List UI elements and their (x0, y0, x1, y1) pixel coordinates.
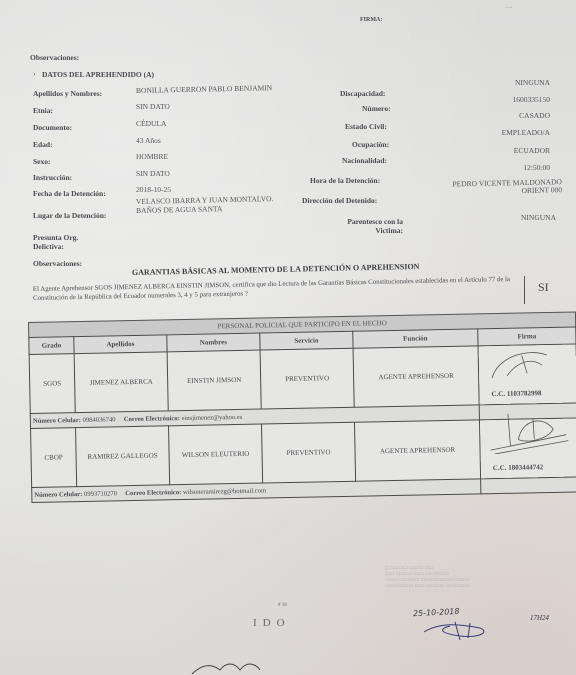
field-value: PEDRO VICENTE MALDONADO ORIENT 000 (427, 178, 562, 197)
firma-cc: C.C. 1103782998 (491, 389, 541, 398)
field-label: Fecha de la Detención: (33, 189, 106, 198)
field-label: Discapacidad: (340, 89, 385, 98)
stamp-time: 17H24 (530, 614, 549, 622)
field-value: 43 Años (136, 136, 161, 145)
field-value: EMPLEADO/A (502, 128, 550, 137)
field-label: Parentesco con la Victima: (328, 217, 403, 235)
section-title: DATOS DEL APREHENDIDO (A) (42, 70, 154, 79)
cell-nombres: EINSTIN JIMSON (167, 350, 261, 411)
table-row: SGOS JIMENEZ ALBERCA EINSTIN JIMSON PREV… (29, 344, 576, 413)
cell-funcion: AGENTE APREHENSOR (353, 346, 479, 407)
top-right-note: ..... (505, 4, 513, 10)
field-label: Nacionalidad: (342, 156, 387, 165)
correo-value: einsjimenez@yahoo.es (181, 413, 242, 421)
presunta-label: Presunta Org. Delictiva: (33, 233, 93, 251)
top-observaciones-label: Observaciones: (30, 53, 79, 62)
field-label: Estado Civil: (345, 122, 387, 131)
bleed-through-text (138, 0, 441, 80)
celular-value: 0993710270 (84, 490, 117, 498)
field-label: Sexo: (33, 157, 51, 166)
field-value: CÉDULA (136, 119, 166, 128)
signature-icon (487, 347, 558, 384)
firma-label: FIRMA: (360, 17, 382, 23)
field-value: VELASCO IBARRA Y JUAN MONTALVO. BAÑOS DE… (136, 194, 296, 215)
garantias-text: El Agente Aprehensor SGOS JIMENEZ ALBERC… (33, 275, 523, 303)
field-label: Hora de la Detención: (310, 176, 380, 185)
personal-table: PERSONAL POLICIAL QUE PARTICIPO EN EL HE… (28, 311, 576, 502)
column-header: Apellidos (74, 335, 167, 354)
cell-firma: C.C. 1803444742 (479, 418, 576, 479)
field-label: Dirección del Detenido: (302, 196, 377, 205)
garantias-answer: SI (538, 280, 549, 295)
stamp-signature-icon (420, 620, 500, 642)
field-value: ECUADOR (514, 146, 550, 155)
field-value: SIN DATO (136, 102, 170, 111)
field-label: Lugar de la Detención: (33, 211, 106, 220)
garantias-title: GARANTIAS BÁSICAS AL MOMENTO DE LA DETEN… (132, 262, 420, 277)
field-label: Instrucción: (33, 173, 72, 182)
field-label: Apellidos y Nombres: (33, 89, 102, 98)
cell-apellidos: RAMIREZ GALLEGOS (76, 426, 170, 487)
table-row: CBOP RAMIREZ GALLEGOS WILSON ELEUTERIO P… (31, 418, 576, 487)
cell-apellidos: JIMENEZ ALBERCA (74, 352, 168, 413)
field-label: Edad: (33, 140, 53, 149)
field-value: 2018-10-25 (136, 185, 171, 194)
bullet-icon: › (33, 70, 35, 78)
divider (524, 276, 525, 304)
field-value: NINGUNA (521, 213, 556, 222)
field-value: 12:50:00 (523, 163, 550, 172)
correo-value: wilsoneramirezg@hotmail.com (183, 487, 266, 496)
correo-label: Correo Electrónico: (124, 415, 180, 423)
cell-servicio: PREVENTIVO (262, 422, 356, 483)
field-value: HOMBRE (136, 152, 168, 161)
field-label: Ocupación: (352, 140, 389, 149)
correo-label: Correo Electrónico: (125, 489, 181, 497)
celular-label: Número Celular: (33, 417, 81, 425)
celular-label: Número Celular: (34, 490, 82, 498)
field-label: Etnia: (33, 106, 53, 115)
celular-value: 0984036740 (83, 416, 116, 424)
field-value: SIN DATO (136, 169, 170, 178)
bottom-scribble-icon (190, 660, 270, 675)
empty-cell (481, 477, 576, 494)
stamp-received: IDO (253, 617, 291, 629)
cell-grado: CBOP (31, 428, 77, 488)
column-header: Grado (29, 337, 74, 355)
cell-nombres: WILSON ELEUTERIO (169, 424, 263, 485)
field-value: 1600335150 (513, 95, 551, 104)
field-label: Documento: (33, 123, 72, 132)
column-header: Servicio (260, 331, 353, 350)
column-header: Nombres (167, 333, 260, 352)
cell-funcion: AGENTE APREHENSOR (354, 420, 480, 481)
cell-grado: SGOS (29, 354, 75, 414)
stamp-number: # 18 (278, 603, 287, 608)
document-page: FIRMA: ..... Observaciones: › DATOS DEL … (0, 0, 576, 675)
cell-firma: C.C. 1103782998 (478, 344, 576, 405)
field-label: Número: (362, 104, 391, 113)
firma-cc: C.C. 1803444742 (493, 463, 544, 472)
field-value: NINGUNA (515, 78, 550, 87)
field-value: CASADO (519, 111, 550, 120)
column-header: Firma (478, 327, 576, 346)
observaciones-label: Observaciones: (33, 259, 82, 268)
signature-icon (488, 409, 569, 455)
cell-servicio: PREVENTIVO (260, 348, 354, 409)
field-value: BONILLA GUERRON PABLO BENJAMIN (136, 83, 272, 95)
